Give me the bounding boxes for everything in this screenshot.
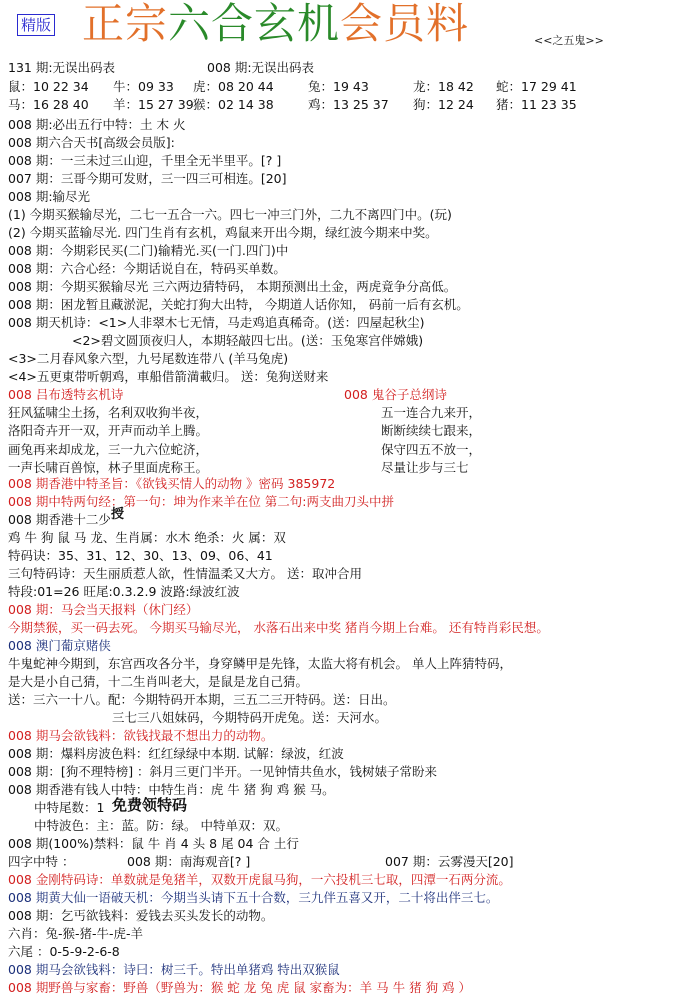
line-sanju: 三句特码诗：天生丽质惹人欲，性情温柔又大方。 送：取冲合用 — [8, 565, 362, 583]
zodiac-cell: 鸡：13 25 37 — [308, 96, 413, 114]
line-shengxiao: 鸡 牛 狗 鼠 马 龙、生肖属：水木 绝杀：火 属：双 — [8, 529, 286, 547]
edition-badge: 精版 — [17, 14, 55, 36]
line-yeshou: 008 期野兽与家畜：野兽（野兽为：猴 蛇 龙 兔 虎 鼠 家畜为：羊 马 牛 … — [8, 979, 471, 997]
line-temajue: 特码诀：35、31、12、30、13、09、06、41 — [8, 547, 273, 565]
table-title-right: 008 期:无误出码表 — [207, 59, 314, 77]
line-tianji-3: <3>二月春风象六型，九号尾数连带八 (羊马兔虎) — [8, 350, 288, 368]
line-jinliao: 008 期(100%)禁料：鼠 牛 肖 4 头 8 尾 04 合 土行 — [8, 835, 299, 853]
line-tianshu: 008 期六合天书[高级会员版]: — [8, 134, 175, 152]
line-shidashixiao: 是大是小自己猜，十二生肖叫老大，是鼠是龙自己猜。 — [8, 673, 308, 691]
title-part-2: 六合玄机 — [168, 0, 340, 50]
poem-left-line: 画兔再来却成龙，三一九六位蛇济， — [8, 441, 208, 459]
line-1: (1) 今期买猴输尽光，二七一五合一六。四七一冲三门外，二九不离四门中。(玩) — [8, 206, 452, 224]
poem-left-title: 008 吕布透特玄机诗 — [8, 386, 123, 404]
line-qigai: 008 期：乞丐欲钱料：爱钱去买头发长的动物。 — [8, 907, 273, 925]
line-bolse: 008 期：爆料房波色料：红红绿绿中本期. 试解：绿波，红波 — [8, 745, 344, 763]
line-xinjing: 008 期：六合心经：今期话说自在，特码买单数。 — [8, 260, 286, 278]
zodiac-cell: 羊：15 27 39 — [113, 96, 193, 114]
line-mahui-baoliao: 008 期：马会当天报料（休门经） — [8, 601, 198, 619]
zodiac-cell: 兔：19 43 — [308, 78, 413, 96]
line-yuqianliao: 008 期马会欲钱料：欲钱找最不想出力的动物。 — [8, 727, 273, 745]
line-caimin: 008 期：今期彩民买(二门)输精光.买(一门.四门)中 — [8, 242, 288, 260]
zodiac-cell: 龙：18 42 — [413, 78, 496, 96]
poem-right-line: 尽量让步与三七 — [381, 459, 469, 477]
zodiac-cell: 蛇：17 29 41 — [496, 78, 577, 96]
line-song-1: 送：三六一十八。配：今期特码开本期，三五二三开特码。送：日出。 — [8, 691, 396, 709]
page-title: 正宗六合玄机会员料 — [82, 0, 469, 50]
line-weishu: 中特尾数：1 — [34, 799, 104, 817]
line-2: (2) 今期买蓝输尽光. 四门生肖有玄机，鸡鼠来开出今期，绿红波今期来中奖。 — [8, 224, 438, 242]
poem-left-line: 洛阳奇卉开一双，开声而动羊上腾。 — [8, 422, 208, 440]
line-poem-008: 008 期：一三未过三山迎，千里全无半里平。[? ] — [8, 152, 281, 170]
line-houshu: 008 期：今期买猴输尽光 三六两边猜特码， 本期预测出土金，两虎竟争分高低。 — [8, 278, 456, 296]
zodiac-cell: 鼠：10 22 34 — [8, 78, 113, 96]
line-huangdaxian: 008 期黄大仙一语破天机：今期当头请下五十合数，三九伴五喜又开，二十将出伴三七… — [8, 889, 498, 907]
line-shierhsao: 008 期香港十二少 — [8, 511, 111, 529]
subtitle-link[interactable]: <<之五鬼>> — [534, 32, 604, 48]
line-tianji-1: 008 期天机诗：<1>人非翠木七无情，马走鸡追真稀奇。(送：四屋起秋尘) — [8, 314, 425, 332]
zodiac-cell: 马：16 28 40 — [8, 96, 113, 114]
zodiac-cell: 狗：12 24 — [413, 96, 496, 114]
title-part-3: 会员料 — [340, 0, 469, 50]
poem-right-title: 008 鬼谷子总纲诗 — [344, 386, 447, 404]
zodiac-cell: 虎：08 20 44 — [193, 78, 308, 96]
page-header: 精版 正宗六合玄机会员料 <<之五鬼>> — [0, 0, 679, 52]
line-shujinguang: 008 期:输尽光 — [8, 188, 90, 206]
line-liuxiao: 六肖：兔-猴-猪-牛-虎-羊 — [8, 925, 143, 943]
line-tianji-2: <2>碧文圆顶夜归人，本期轻敲四七出。(送：玉兔寒宫伴嫦娥) — [72, 332, 423, 350]
line-wuxing: 008 期:必出五行中特：土 木 火 — [8, 116, 186, 134]
poem-left-line: 狂风猛啸尘土扬，名利双收狗半夜， — [8, 404, 208, 422]
line-shiyue: 008 期马会欲钱料：诗曰：树三千。特出单猪鸡 特出双猴鼠 — [8, 961, 340, 979]
line-song-2: 三七三八姐妹码，今期特码开虎兔。送：天河水。 — [112, 709, 387, 727]
zodiac-cell: 猪：11 23 35 — [496, 96, 577, 114]
line-teduan: 特段:01=26 旺尾:0.3.2.9 波路:绿波红波 — [8, 583, 240, 601]
line-jinhou: 今期禁猴，买一码去死。 今期买马输尽光， 水落石出来中奖 猪肖今期上台难。 还有… — [8, 619, 549, 637]
free-tema-overlay: 免费领特码 — [112, 794, 187, 815]
overlay-char: 授 — [111, 503, 124, 522]
line-goubuli: 008 期：[狗不理特榜] ：斜月三更门半开。一见钟情共鱼水，钱树婊子常盼来 — [8, 763, 437, 781]
line-jingang: 008 金刚特码诗：单数就是兔猪羊，双数开虎鼠马狗，一六投机三七取，四潭一石两分… — [8, 871, 511, 889]
poem-right-line: 五一连合九来开， — [381, 404, 481, 422]
table-title-left: 131 期:无误出码表 — [8, 59, 115, 77]
line-tianji-4: <4>五更東带听朝鸡，車船借箭満載归。 送：兔狗送财来 — [8, 368, 328, 386]
line-nanhai: 008 期：南海观音[? ] — [127, 853, 250, 871]
line-poem-007: 007 期：三哥今期可发财，三一四三可相连。[20] — [8, 170, 287, 188]
zodiac-cell: 猴：02 14 38 — [193, 96, 308, 114]
poem-right-line: 保守四五不放一， — [381, 441, 481, 459]
zodiac-row-1: 鼠：10 22 34牛：09 33虎：08 20 44兔：19 43龙：18 4… — [8, 78, 577, 96]
line-sizi: 四字中特 ： — [8, 853, 74, 871]
line-bose: 中特波色：主：蓝。防：绿。 中特单双：双。 — [34, 817, 288, 835]
line-yunwu: 007 期：云雾漫天[20] — [385, 853, 514, 871]
line-liangjujing: 008 期中特两句经：第一句：坤为作来羊在位 第二句:两支曲刀头中拼 — [8, 493, 394, 511]
poem-right-line: 断断续续七跟来， — [381, 422, 481, 440]
line-liuwei: 六尾 ：0-5-9-2-6-8 — [8, 943, 120, 961]
line-shengzhi: 008 期香港中特圣旨：《欲钱买情人的动物 》密码 385972 — [8, 475, 335, 493]
zodiac-row-2: 马：16 28 40羊：15 27 39猴：02 14 38鸡：13 25 37… — [8, 96, 577, 114]
line-dushia: 008 澳门葡京赌侠 — [8, 637, 111, 655]
title-part-1: 正宗 — [82, 0, 168, 50]
zodiac-cell: 牛：09 33 — [113, 78, 193, 96]
line-kunlong: 008 期：困龙暂且藏淤泥，关蛇打狗大出特， 今期道人话你知， 码前一后有玄机。 — [8, 296, 469, 314]
line-niugui: 牛鬼蛇神今期到，东宫西攻各分半，身穿鳞甲是先锋，太监大将有机会。 单人上阵猜特码… — [8, 655, 512, 673]
